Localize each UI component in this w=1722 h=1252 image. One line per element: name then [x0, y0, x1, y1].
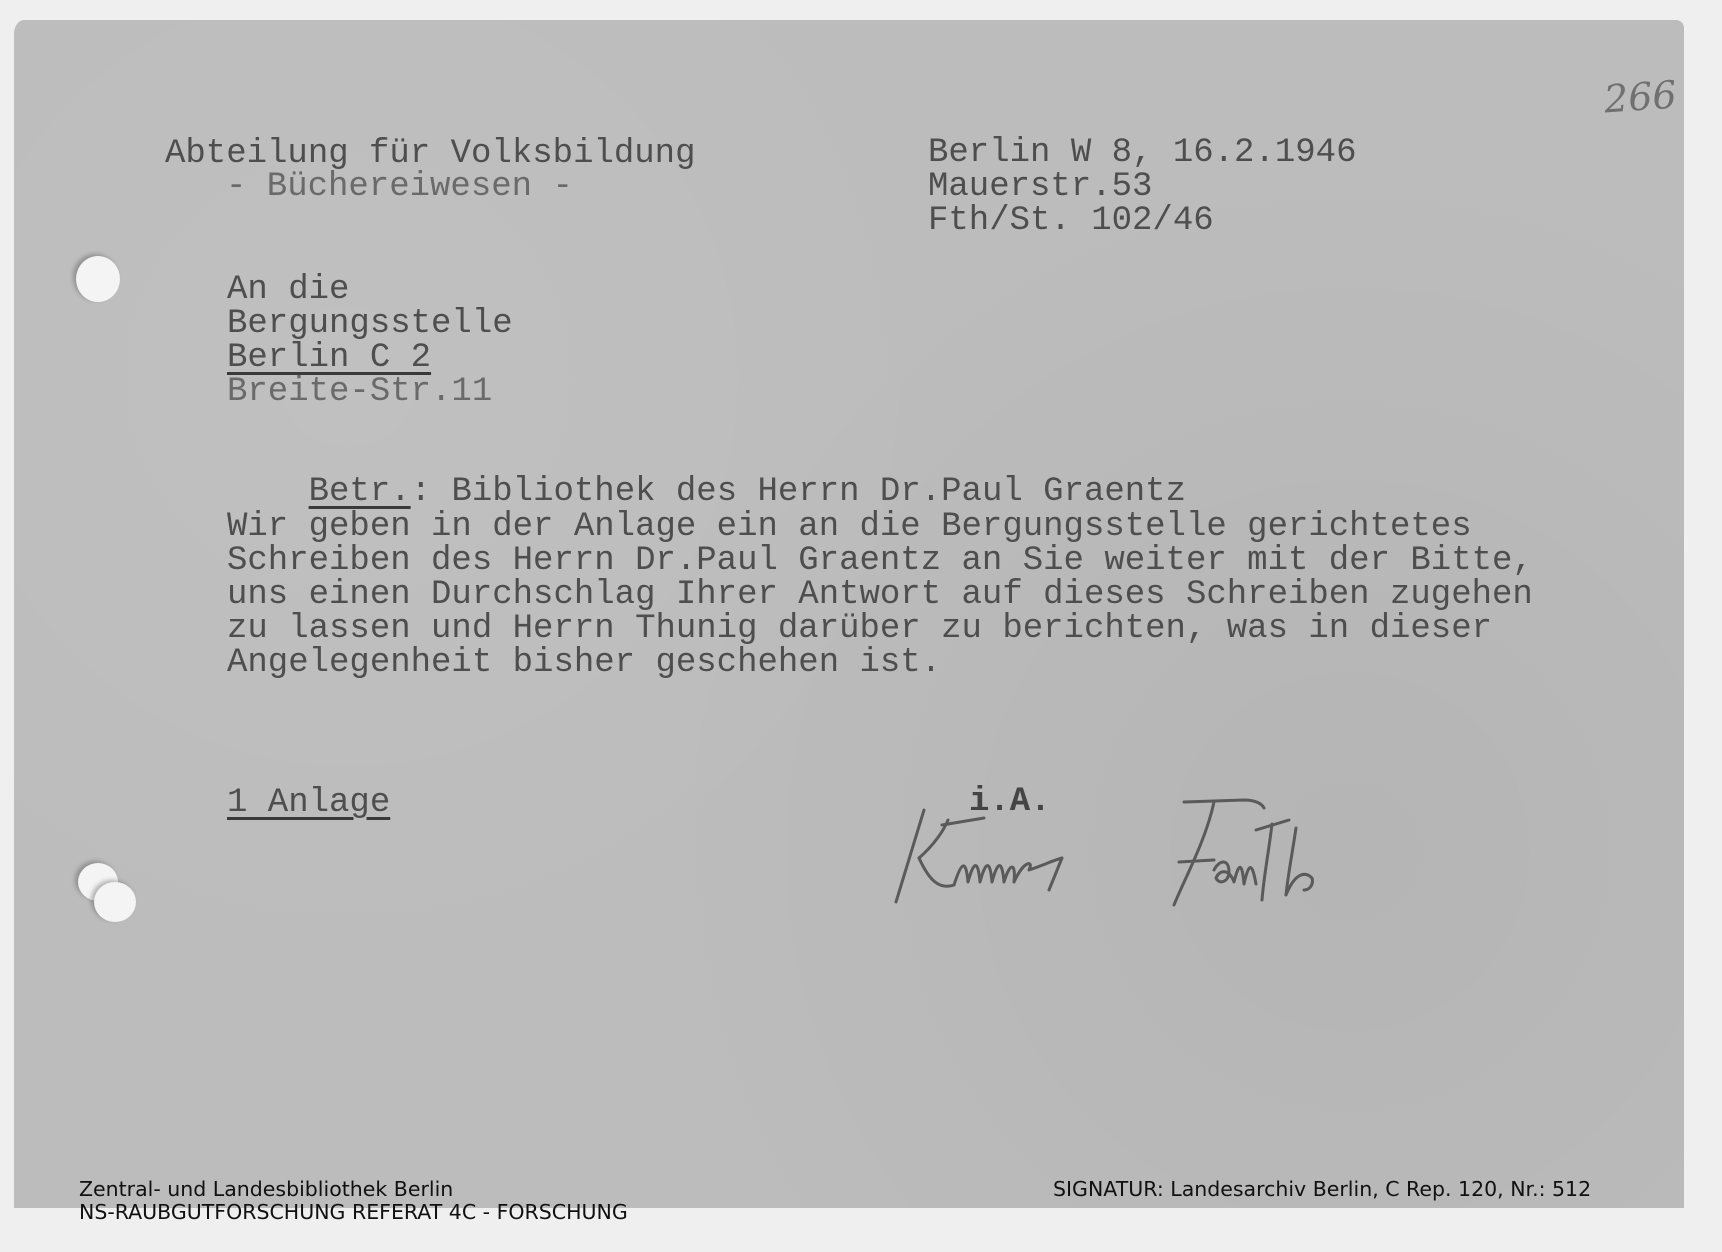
punch-hole-bottom-2 — [94, 882, 136, 922]
place-date-line: Berlin W 8, 16.2.1946 — [928, 136, 1356, 170]
recipient-street: Breite-Str.11 — [227, 375, 492, 409]
subject-label: Betr. — [309, 473, 411, 511]
body-line: Wir geben in der Anlage ein an die Bergu… — [227, 510, 1472, 544]
body-line: uns einen Durchschlag Ihrer Antwort auf … — [227, 578, 1533, 612]
reference-number: Fth/St. 102/46 — [928, 204, 1214, 238]
document-page: 266 Abteilung für Volksbildung - Büchere… — [14, 20, 1684, 1208]
subject-separator: : — [411, 473, 431, 511]
body-line: zu lassen und Herrn Thunig darüber zu be… — [227, 612, 1492, 646]
archive-stamp-left-line-2: NS-RAUBGUTFORSCHUNG REFERAT 4C - FORSCHU… — [79, 1201, 628, 1224]
body-line: Schreiben des Herrn Dr.Paul Graentz an S… — [227, 544, 1533, 578]
enclosure-note: 1 Anlage — [227, 786, 390, 820]
archive-signature: SIGNATUR: Landesarchiv Berlin, C Rep. 12… — [1053, 1178, 1591, 1201]
folio-number: 266 — [1603, 73, 1678, 122]
street-line: Mauerstr.53 — [928, 170, 1152, 204]
sender-line-2: - Büchereiwesen - — [226, 170, 573, 204]
body-line: Angelegenheit bisher geschehen ist. — [227, 646, 941, 680]
recipient-city: Berlin C 2 — [227, 341, 431, 375]
archive-stamp-left-line-1: Zentral- und Landesbibliothek Berlin — [79, 1178, 453, 1201]
sender-line-1: Abteilung für Volksbildung — [165, 137, 696, 171]
punch-hole-top — [76, 256, 120, 302]
handwritten-signature — [884, 790, 1334, 910]
recipient-line-1: An die — [227, 273, 349, 307]
recipient-line-2: Bergungsstelle — [227, 307, 513, 341]
subject-text: Bibliothek des Herrn Dr.Paul Graentz — [431, 473, 1186, 511]
